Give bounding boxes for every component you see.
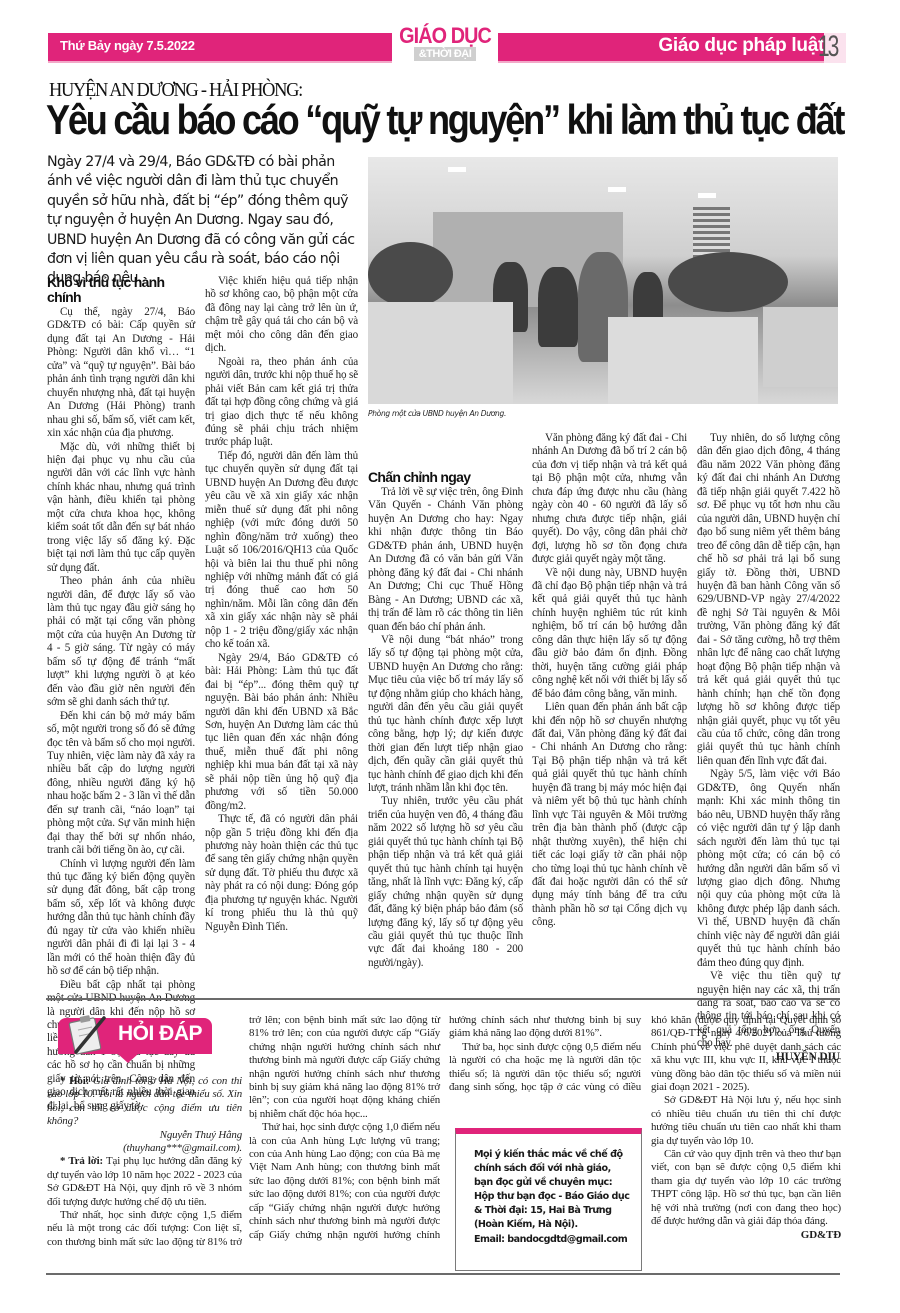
photo-plant — [368, 242, 453, 307]
qa-paragraph: trở lên; con bệnh binh mất sức lao động … — [249, 1014, 440, 1121]
page-number: 13 — [818, 30, 837, 64]
article-lead: Ngày 27/4 và 29/4, Báo GD&TĐ có bài phản… — [47, 153, 359, 289]
qa-paragraph: Thứ nhất, học sinh được cộng 1,5 điểm nế… — [47, 1209, 242, 1249]
article-column-3: Chấn chỉnh ngay Trả lời về sự việc trên,… — [368, 470, 523, 970]
article-column-1: Khổ vì thủ tục hành chính Cụ thể, ngày 2… — [47, 275, 195, 1113]
ceiling-light — [448, 167, 466, 172]
logo-title: GIÁO DỤC — [397, 25, 492, 47]
asker-name: Nguyễn Thuý Hằng — [47, 1129, 242, 1142]
paragraph: Văn phòng đăng ký đất đai - Chi nhánh An… — [532, 432, 687, 567]
article-column-2: Việc khiến hiệu quả tiếp nhận hồ sơ khôn… — [205, 275, 358, 934]
paragraph: Ngày 29/4, Báo GD&TĐ có bài: Hải Phòng: … — [205, 652, 358, 813]
newspaper-logo: GIÁO DỤC &THỜI ĐẠI — [392, 25, 498, 65]
qa-column-4: khó khăn (được quy định tại Quyết định s… — [651, 1014, 841, 1242]
paragraph: Tuy nhiên, trước yêu cầu phát triển của … — [368, 795, 523, 970]
article-headline: Yêu cầu báo cáo “quỹ tự nguyện” khi làm … — [46, 96, 843, 144]
paragraph: Về nội dung “bát nháo” trong lấy số tự đ… — [368, 634, 523, 795]
paragraph: Theo phản ánh của nhiều người dân, để đư… — [47, 575, 195, 710]
bottom-divider — [46, 1273, 840, 1275]
answer-label: * Trả lời: — [60, 1155, 103, 1167]
paragraph: Tuy nhiên, do số lượng công dân đến giao… — [697, 432, 840, 768]
qa-column-3: hưởng chính sách như thương binh bị suy … — [449, 1014, 641, 1094]
qa-paragraph: Thứ hai, học sinh được cộng 1,0 điểm nếu… — [249, 1121, 440, 1241]
article-column-4: Văn phòng đăng ký đất đai - Chi nhánh An… — [532, 432, 687, 930]
paragraph: Cụ thể, ngày 27/4, Báo GD&TĐ có bài: Cấp… — [47, 306, 195, 441]
article-photo — [368, 157, 838, 404]
qa-title: HỎI ĐÁP — [118, 1022, 202, 1046]
subhead-1: Khổ vì thủ tục hành chính — [47, 275, 195, 305]
photo-desk — [608, 317, 758, 404]
paragraph: Về nội dung này, UBND huyện đã chỉ đạo B… — [532, 567, 687, 702]
qa-signature: GD&TĐ — [651, 1229, 841, 1242]
photo-person — [538, 267, 578, 347]
section-divider — [46, 998, 840, 1000]
reader-notice: Mọi ý kiến thắc mắc về chế độ chính sách… — [474, 1148, 630, 1247]
notice-email[interactable]: Email: bandocgdtd@gmail.com — [474, 1234, 627, 1245]
paragraph: Chính vì lượng người đến làm thủ tục đăn… — [47, 858, 195, 979]
qa-paragraph: hưởng chính sách như thương binh bị suy … — [449, 1014, 641, 1041]
article-column-5: Tuy nhiên, do số lượng công dân đến giao… — [697, 432, 840, 1064]
paragraph: Liên quan đến phản ánh bất cập khi đến n… — [532, 701, 687, 930]
asker-email: (thuyhang***@gmail.com). — [47, 1142, 242, 1155]
qa-paragraph: Sở GD&ĐT Hà Nội lưu ý, nếu học sinh có n… — [651, 1094, 841, 1148]
question-label: * Hỏi: — [60, 1075, 89, 1087]
paragraph: Việc khiến hiệu quả tiếp nhận hồ sơ khôn… — [205, 275, 358, 356]
clipboard-pen-icon — [68, 1012, 108, 1056]
paragraph: Trả lời về sự việc trên, ông Đinh Văn Qu… — [368, 486, 523, 634]
qa-banner-arrow — [118, 1054, 138, 1063]
qa-paragraph: khó khăn (được quy định tại Quyết định s… — [651, 1014, 841, 1094]
photo-caption: Phòng một cửa UBND huyện An Dương. — [368, 409, 506, 418]
paragraph: Ngày 5/5, làm việc với Báo GD&TĐ, ông Qu… — [697, 768, 840, 970]
ceiling-light — [608, 187, 626, 192]
ceiling-light — [698, 193, 716, 198]
notice-text: Mọi ý kiến thắc mắc về chế độ chính sách… — [474, 1149, 629, 1230]
qa-paragraph: Căn cứ vào quy định trên và theo thư bạn… — [651, 1148, 841, 1228]
paragraph: Mặc dù, với những thiết bị hiện đại phục… — [47, 441, 195, 576]
qa-paragraph: Thứ ba, học sinh được cộng 0,5 điểm nếu … — [449, 1041, 641, 1094]
issue-date: Thứ Bảy ngày 7.5.2022 — [60, 38, 195, 53]
paragraph: Đến khi cán bộ mở máy bấm số, một người … — [47, 710, 195, 858]
paragraph: Thực tế, đã có người dân phải nộp gần 5 … — [205, 813, 358, 934]
subhead-2: Chấn chỉnh ngay — [368, 470, 523, 485]
section-title: Giáo dục pháp luật — [658, 35, 824, 57]
paragraph: Ngoài ra, theo phản ánh của người dân, t… — [205, 356, 358, 450]
photo-desk — [368, 302, 513, 404]
logo-subtitle: &THỜI ĐẠI — [414, 47, 476, 61]
qa-column-2: trở lên; con bệnh binh mất sức lao động … — [249, 1014, 440, 1241]
paragraph: Tiếp đó, người dân đến làm thủ tục chuyể… — [205, 450, 358, 652]
photo-desk — [763, 307, 838, 387]
photo-plant — [668, 252, 788, 312]
qa-column-1: * Hỏi: Gia đình tôi ở Hà Nội, có con thi… — [47, 1075, 242, 1249]
